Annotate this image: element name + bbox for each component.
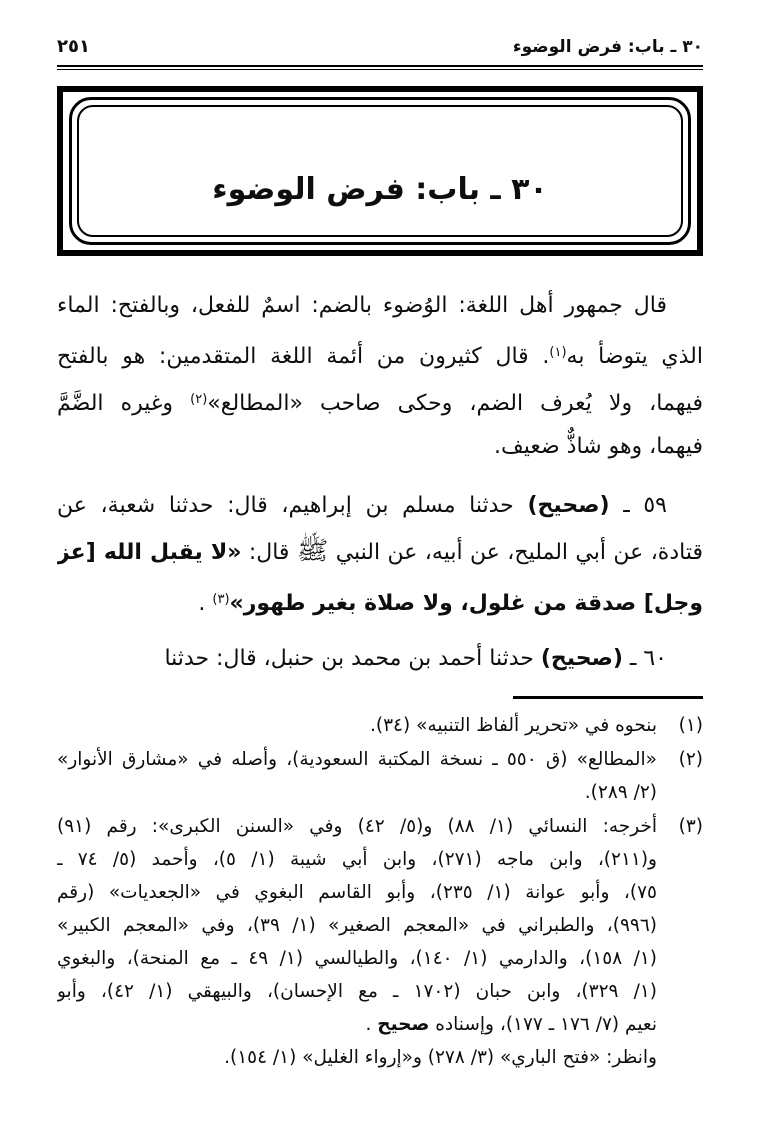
page-number: ٢٥١ [57,36,90,57]
text-line: ٥٩ ـ (صحيح) حدثنا مسلم بن إبراهيم، قال: … [57,482,703,529]
text-segment: صحيح [377,1014,429,1035]
footnote-paragraph: بنحوه في «تحرير ألفاظ التنبيه» (٣٤). [57,709,657,742]
text-segment: (٢/ ٢٨٩). [585,782,657,803]
footnote-body: «المطالع» (ق ٥٥٠ ـ نسخة المكتبة السعودية… [57,743,657,809]
header-rule [57,65,703,70]
text-segment: بنحوه في «تحرير ألفاظ التنبيه» (٣٤). [370,715,657,736]
book-page: ٣٠ ـ باب: فرض الوضوء ٢٥١ ٣٠ ـ باب: فرض ا… [0,0,760,1124]
header-chapter-title: ٣٠ ـ باب: فرض الوضوء [513,37,703,57]
text-segment: «لا يقبل الله [عز [57,540,241,565]
footnote: (٣)أخرجه: النسائي (١/ ٨٨) و(٥/ ٤٢) وفي «… [57,810,703,1074]
text-segment: . [198,591,212,616]
text-line: نعيم (٧/ ١٧٦ ـ ١٧٧)، وإسناده صحيح . [57,1008,657,1041]
footnote: (١)بنحوه في «تحرير ألفاظ التنبيه» (٣٤). [57,709,703,742]
text-line: «المطالع» (ق ٥٥٠ ـ نسخة المكتبة السعودية… [57,743,657,776]
text-segment: (١/ ١٥٨)، والدارمي (١/ ١٤٠)، والطيالسي (… [57,948,657,969]
text-segment: قال: [241,540,296,565]
text-line: (١/ ١٥٨)، والدارمي (١/ ١٤٠)، والطيالسي (… [57,942,657,975]
text-line: وانظر: «فتح الباري» (٣/ ٢٧٨) و«إرواء الغ… [57,1041,657,1074]
text-line: الذي يتوضأ به(١). قال كثيرون من أئمة الل… [57,329,703,376]
text-line: (٢/ ٢٨٩). [57,776,657,809]
footnote-ref: (٢) [190,392,207,407]
body-paragraph: قال جمهور أهل اللغة: الوُضوء بالضم: اسمٌ… [57,282,703,470]
text-segment: الذي يتوضأ به [567,344,703,369]
footnote-paragraph: «المطالع» (ق ٥٥٠ ـ نسخة المكتبة السعودية… [57,743,657,809]
text-segment: «المطالع» (ق ٥٥٠ ـ نسخة المكتبة السعودية… [57,749,657,770]
footnote-body: بنحوه في «تحرير ألفاظ التنبيه» (٣٤). [57,709,657,742]
chapter-box-inner-frame: ٣٠ ـ باب: فرض الوضوء [77,105,683,237]
text-line: (٩٩٦)، والطبراني في «المعجم الصغير» (١/ … [57,909,657,942]
text-segment: (١/ ٣٢٩)، وابن حبان (١٧٠٢ ـ مع الإحسان)،… [57,981,657,1002]
text-segment: قال جمهور أهل اللغة: الوُضوء بالضم: اسمٌ… [57,293,667,318]
text-line: وجل] صدقة من غلول، ولا صلاة بغير طهور»(٣… [57,576,703,623]
chapter-title: ٣٠ ـ باب: فرض الوضوء [212,172,547,207]
text-line: فيهما، ولا يُعرف الضم، وحكى صاحب «المطال… [57,376,703,423]
text-line: ٦٠ ـ (صحيح) حدثنا أحمد بن محمد بن حنبل، … [57,635,703,682]
footnote-ref: (٣) [212,592,229,607]
text-segment: ٥٩ ـ [610,493,667,518]
text-segment: (صحيح) [527,493,609,518]
text-line: بنحوه في «تحرير ألفاظ التنبيه» (٣٤). [57,709,657,742]
chapter-box: ٣٠ ـ باب: فرض الوضوء [57,86,703,256]
text-segment: . [365,1014,377,1035]
footnote-paragraph: أخرجه: النسائي (١/ ٨٨) و(٥/ ٤٢) وفي «الس… [57,810,657,1041]
text-segment: وجل] صدقة من غلول، ولا صلاة بغير طهور» [230,591,703,616]
body-paragraph: ٥٩ ـ (صحيح) حدثنا مسلم بن إبراهيم، قال: … [57,482,703,623]
text-segment: ٧٥)، وأبو عوانة (١/ ٢٣٥)، وأبو القاسم ال… [57,882,657,903]
footnote-separator [513,696,703,699]
body-text: قال جمهور أهل اللغة: الوُضوء بالضم: اسمٌ… [57,282,703,682]
text-segment: فيهما، ولا يُعرف الضم، وحكى صاحب «المطال… [207,391,703,416]
text-segment: حدثنا أحمد بن محمد بن حنبل، قال: حدثنا [164,646,540,671]
text-line: قال جمهور أهل اللغة: الوُضوء بالضم: اسمٌ… [57,282,703,329]
text-segment: (٩٩٦)، والطبراني في «المعجم الصغير» (١/ … [57,915,657,936]
text-line: ٧٥)، وأبو عوانة (١/ ٢٣٥)، وأبو القاسم ال… [57,876,657,909]
footnote: (٢)«المطالع» (ق ٥٥٠ ـ نسخة المكتبة السعو… [57,743,703,809]
footnote-number: (١) [679,709,703,742]
text-segment: و(٢١١)، وابن ماجه (٢٧١)، وابن أبي شيبة (… [57,849,657,870]
footnotes-section: (١)بنحوه في «تحرير ألفاظ التنبيه» (٣٤).(… [57,709,703,1074]
text-segment: . قال كثيرون من أئمة اللغة المتقدمين: هو… [57,344,549,369]
footnote-ref: (١) [549,345,566,360]
text-segment: أخرجه: النسائي (١/ ٨٨) و(٥/ ٤٢) وفي «الس… [57,816,657,837]
footnote-number: (٣) [679,810,703,843]
footnote-paragraph: وانظر: «فتح الباري» (٣/ ٢٧٨) و«إرواء الغ… [57,1041,657,1074]
text-segment: ٦٠ ـ [623,646,667,671]
text-segment: فيهما، وهو شاذٌّ ضعيف. [494,434,703,459]
footnote-number: (٢) [679,743,703,776]
text-segment: حدثنا مسلم بن إبراهيم، قال: حدثنا شعبة، … [57,493,527,518]
page-header: ٣٠ ـ باب: فرض الوضوء ٢٥١ [57,36,703,57]
text-segment: (صحيح) [541,646,623,671]
text-line: و(٢١١)، وابن ماجه (٢٧١)، وابن أبي شيبة (… [57,843,657,876]
text-segment: وغيره الضَّمَّ [57,391,190,416]
saw-honorific-glyph: ﷺ [297,536,328,566]
text-segment: نعيم (٧/ ١٧٦ ـ ١٧٧)، وإسناده [429,1014,657,1035]
text-line: أخرجه: النسائي (١/ ٨٨) و(٥/ ٤٢) وفي «الس… [57,810,657,843]
body-paragraph: ٦٠ ـ (صحيح) حدثنا أحمد بن محمد بن حنبل، … [57,635,703,682]
footnote-body: أخرجه: النسائي (١/ ٨٨) و(٥/ ٤٢) وفي «الس… [57,810,657,1074]
text-segment: قتادة، عن أبي المليح، عن أبيه، عن النبي [328,540,703,565]
text-line: قتادة، عن أبي المليح، عن أبيه، عن النبي … [57,529,703,576]
text-line: (١/ ٣٢٩)، وابن حبان (١٧٠٢ ـ مع الإحسان)،… [57,975,657,1008]
text-segment: وانظر: «فتح الباري» (٣/ ٢٧٨) و«إرواء الغ… [224,1047,657,1068]
chapter-box-middle-frame: ٣٠ ـ باب: فرض الوضوء [69,97,691,245]
text-line: فيهما، وهو شاذٌّ ضعيف. [57,423,703,470]
